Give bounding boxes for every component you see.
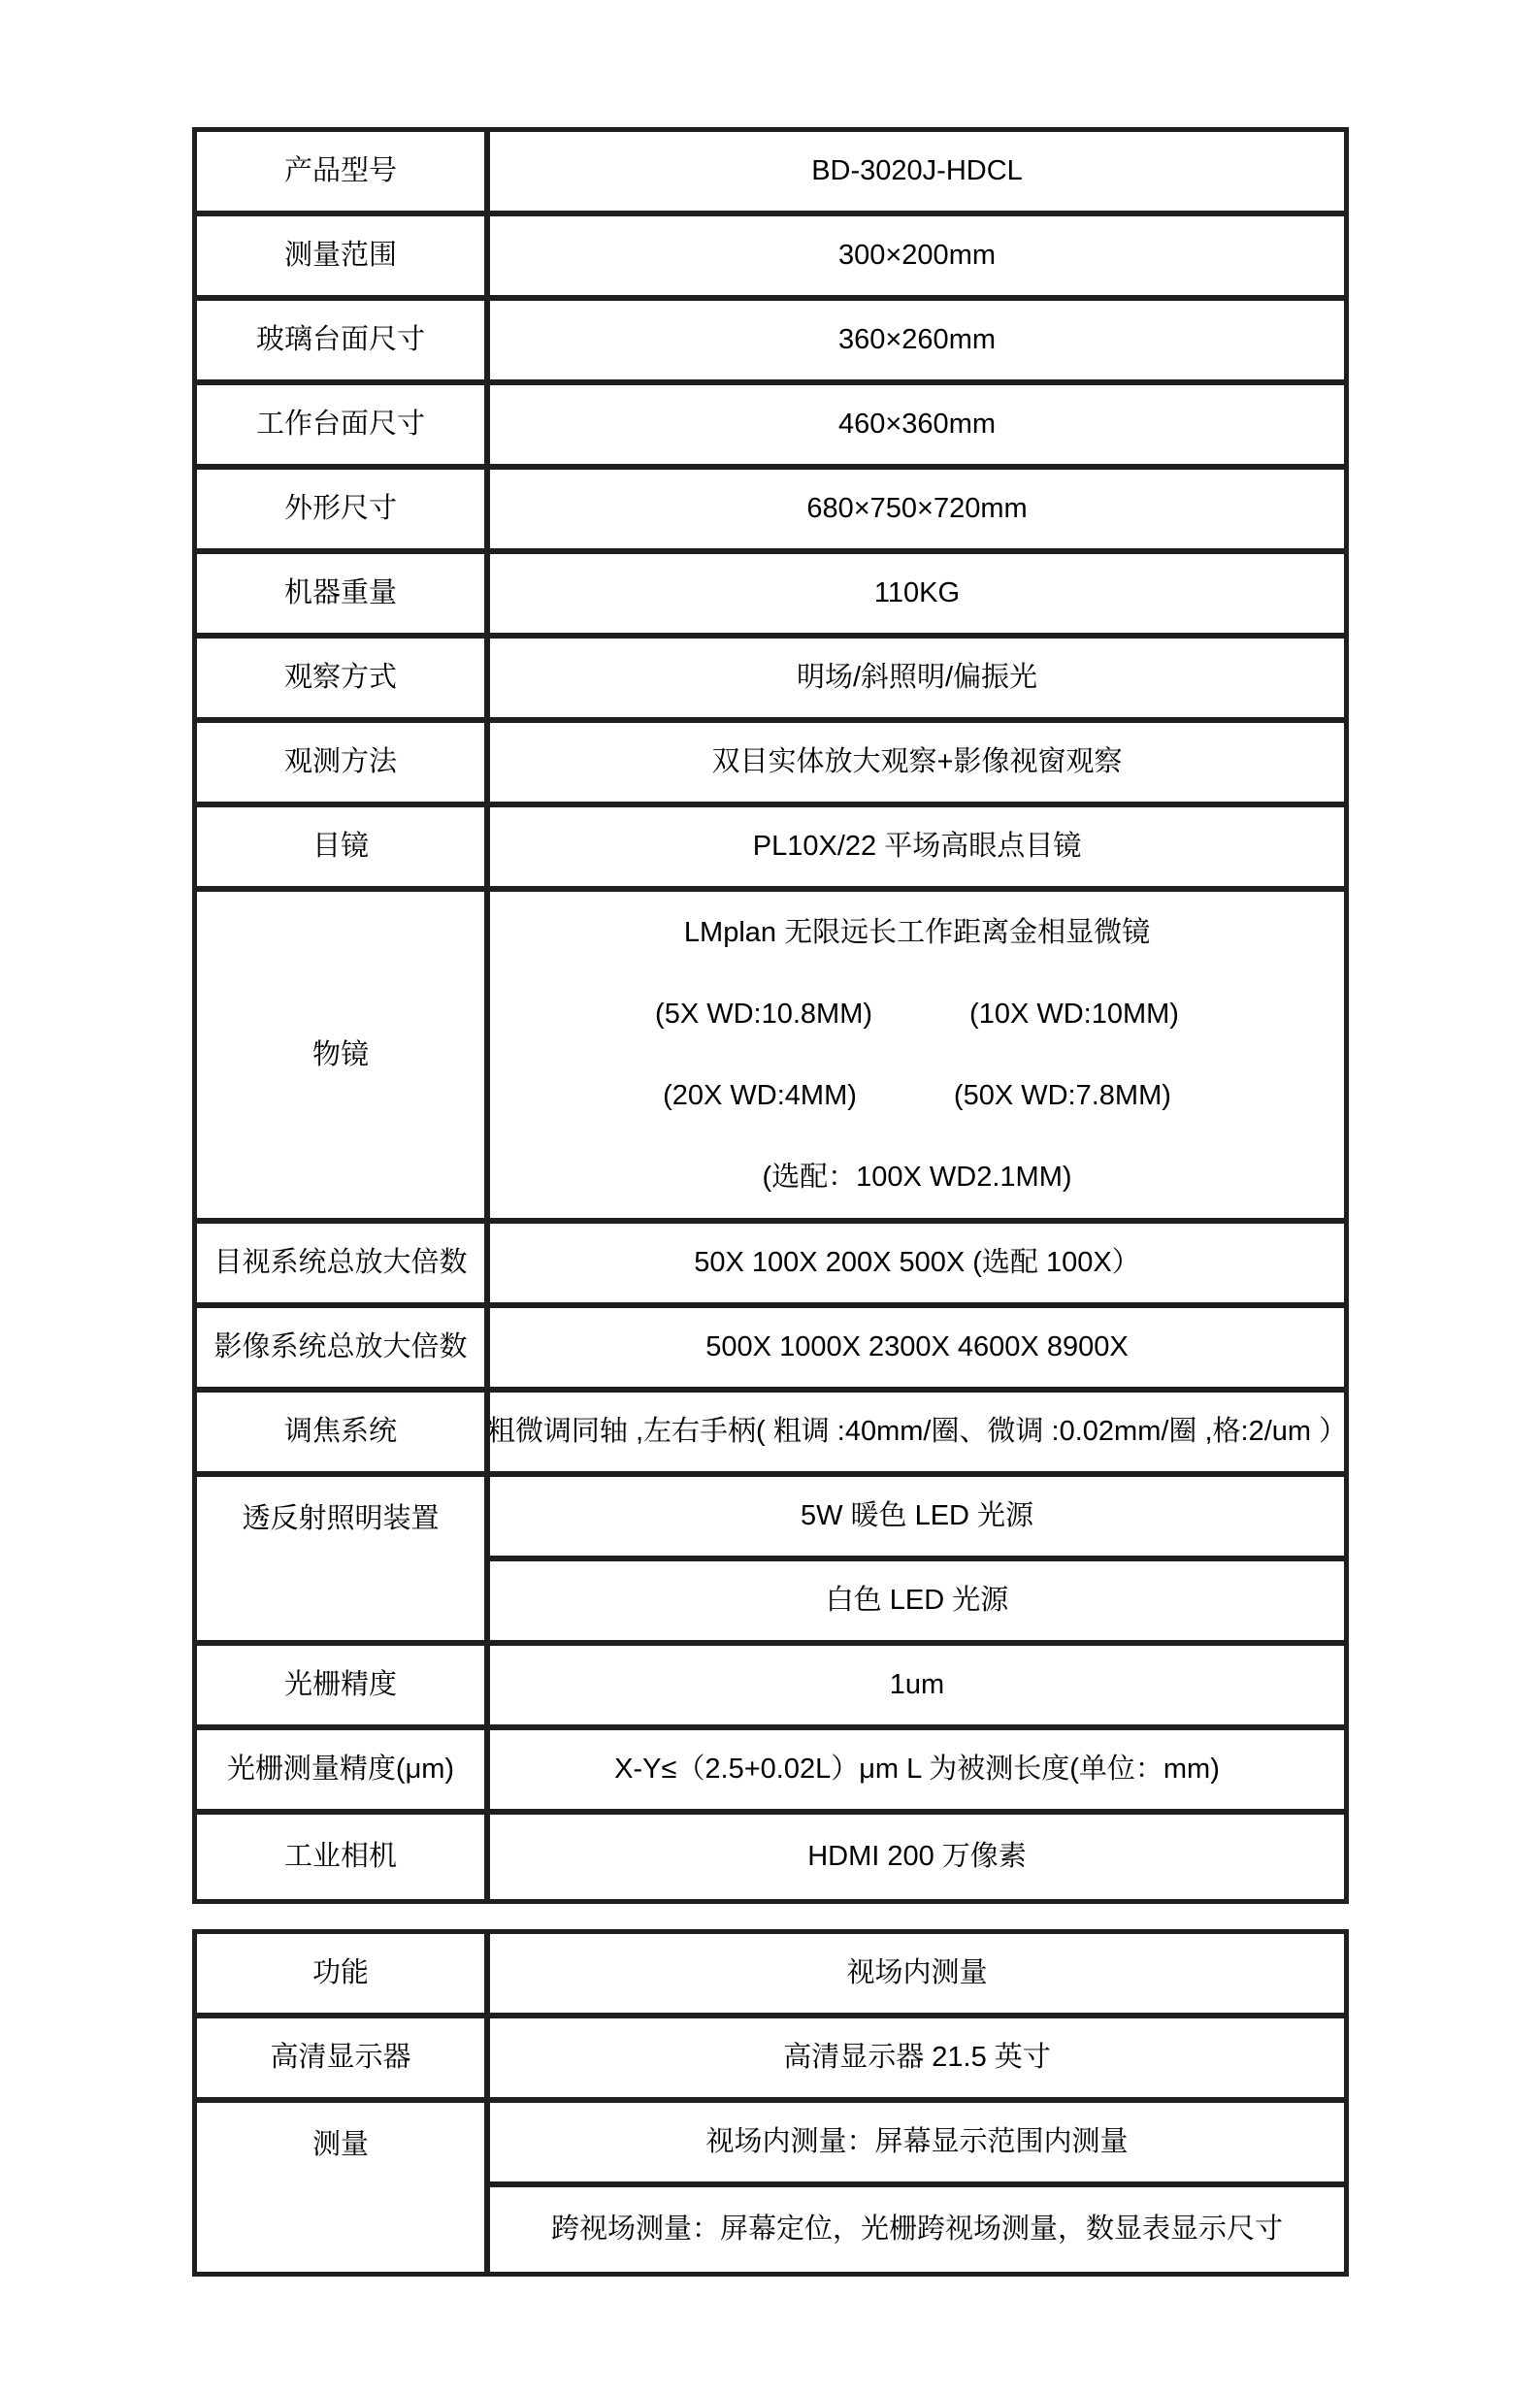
row-value: 白色 LED 光源 — [490, 1561, 1344, 1646]
table-row: 目镜PL10X/22 平场高眼点目镜 — [197, 807, 1344, 892]
table-row: 观测方法双目实体放大观察+影像视窗观察 — [197, 723, 1344, 807]
row-label-text: 透反射照明装置 — [242, 1477, 439, 1561]
row-value: 500X 1000X 2300X 4600X 8900X — [490, 1308, 1344, 1393]
row-value: 双目实体放大观察+影像视窗观察 — [490, 723, 1344, 807]
document-page: 产品型号BD-3020J-HDCL测量范围300×200mm玻璃台面尺寸360×… — [0, 0, 1540, 2394]
row-label: 工作台面尺寸 — [197, 385, 490, 470]
row-value: 1um — [490, 1646, 1344, 1730]
table-row: 工作台面尺寸460×360mm — [197, 385, 1344, 470]
row-label: 光栅精度 — [197, 1646, 490, 1730]
row-label: 功能 — [197, 1934, 490, 2018]
table-row: 光栅测量精度(μm)X-Y≤（2.5+0.02L）μm L 为被测长度(单位：m… — [197, 1730, 1344, 1815]
row-label: 机器重量 — [197, 554, 490, 639]
row-value: 680×750×720mm — [490, 470, 1344, 554]
row-value: 460×360mm — [490, 385, 1344, 470]
value-text-left: (5X WD:10.8MM) — [655, 998, 872, 1032]
row-value: HDMI 200 万像素 — [490, 1815, 1344, 1899]
row-label: 玻璃台面尺寸 — [197, 301, 490, 385]
value-line: (20X WD:4MM)(50X WD:7.8MM) — [490, 1055, 1344, 1136]
value-text-left: (20X WD:4MM) — [663, 1079, 857, 1113]
function-spec-table: 功能视场内测量高清显示器高清显示器 21.5 英寸测量视场内测量：屏幕显示范围内… — [192, 1929, 1349, 2277]
row-label: 调焦系统 — [197, 1393, 490, 1477]
table-row: 机器重量110KG — [197, 554, 1344, 639]
row-label: 观察方式 — [197, 639, 490, 723]
table-row: 光栅精度1um — [197, 1646, 1344, 1730]
table-row: 目视系统总放大倍数50X 100X 200X 500X (选配 100X） — [197, 1224, 1344, 1308]
table-row: 功能视场内测量 — [197, 1934, 1344, 2018]
row-label: 透反射照明装置 — [197, 1477, 490, 1646]
row-label: 测量范围 — [197, 216, 490, 301]
row-value: PL10X/22 平场高眼点目镜 — [490, 807, 1344, 892]
row-label: 产品型号 — [197, 132, 490, 216]
value-line: (选配：100X WD2.1MM) — [490, 1136, 1344, 1218]
product-spec-table: 产品型号BD-3020J-HDCL测量范围300×200mm玻璃台面尺寸360×… — [192, 127, 1349, 1904]
value-line: LMplan 无限远长工作距离金相显微镜 — [490, 892, 1344, 973]
row-value: 360×260mm — [490, 301, 1344, 385]
table-row: 产品型号BD-3020J-HDCL — [197, 132, 1344, 216]
row-label: 高清显示器 — [197, 2018, 490, 2103]
table-row: 测量视场内测量：屏幕显示范围内测量跨视场测量：屏幕定位，光栅跨视场测量，数显表显… — [197, 2103, 1344, 2272]
row-value: X-Y≤（2.5+0.02L）μm L 为被测长度(单位：mm) — [490, 1730, 1344, 1815]
table-row: 测量范围300×200mm — [197, 216, 1344, 301]
table-row: 外形尺寸680×750×720mm — [197, 470, 1344, 554]
row-value: 明场/斜照明/偏振光 — [490, 639, 1344, 723]
row-label: 影像系统总放大倍数 — [197, 1308, 490, 1393]
table-row: 工业相机HDMI 200 万像素 — [197, 1815, 1344, 1899]
table-row: 物镜LMplan 无限远长工作距离金相显微镜(5X WD:10.8MM)(10X… — [197, 892, 1344, 1224]
row-label: 工业相机 — [197, 1815, 490, 1899]
value-text: LMplan 无限远长工作距离金相显微镜 — [684, 916, 1150, 950]
row-value-group: 视场内测量：屏幕显示范围内测量跨视场测量：屏幕定位，光栅跨视场测量，数显表显示尺… — [490, 2103, 1344, 2272]
row-label: 光栅测量精度(μm) — [197, 1730, 490, 1815]
value-text-right: (10X WD:10MM) — [969, 998, 1179, 1032]
table-row: 透反射照明装置5W 暖色 LED 光源白色 LED 光源 — [197, 1477, 1344, 1646]
value-line: (5X WD:10.8MM)(10X WD:10MM) — [490, 973, 1344, 1055]
table-row: 高清显示器高清显示器 21.5 英寸 — [197, 2018, 1344, 2103]
table-row: 调焦系统粗微调同轴 ,左右手柄( 粗调 :40mm/圈、微调 :0.02mm/圈… — [197, 1393, 1344, 1477]
row-value: BD-3020J-HDCL — [490, 132, 1344, 216]
row-value: 粗微调同轴 ,左右手柄( 粗调 :40mm/圈、微调 :0.02mm/圈 ,格:… — [490, 1393, 1344, 1477]
row-value: 高清显示器 21.5 英寸 — [490, 2018, 1344, 2103]
row-label: 目镜 — [197, 807, 490, 892]
row-value: 跨视场测量：屏幕定位，光栅跨视场测量，数显表显示尺寸 — [490, 2187, 1344, 2272]
row-label: 物镜 — [197, 892, 490, 1224]
row-label-text: 测量 — [312, 2103, 369, 2187]
table-row: 影像系统总放大倍数500X 1000X 2300X 4600X 8900X — [197, 1308, 1344, 1393]
row-label: 测量 — [197, 2103, 490, 2272]
value-text-right: (50X WD:7.8MM) — [954, 1079, 1171, 1113]
value-text: (选配：100X WD2.1MM) — [762, 1161, 1071, 1195]
table-row: 玻璃台面尺寸360×260mm — [197, 301, 1344, 385]
row-label: 观测方法 — [197, 723, 490, 807]
row-value: 50X 100X 200X 500X (选配 100X） — [490, 1224, 1344, 1308]
row-value: 5W 暖色 LED 光源 — [490, 1477, 1344, 1561]
row-value: 视场内测量：屏幕显示范围内测量 — [490, 2103, 1344, 2187]
row-value: LMplan 无限远长工作距离金相显微镜(5X WD:10.8MM)(10X W… — [490, 892, 1344, 1224]
table-row: 观察方式明场/斜照明/偏振光 — [197, 639, 1344, 723]
row-label: 目视系统总放大倍数 — [197, 1224, 490, 1308]
row-value-group: 5W 暖色 LED 光源白色 LED 光源 — [490, 1477, 1344, 1646]
row-value: 110KG — [490, 554, 1344, 639]
row-label: 外形尺寸 — [197, 470, 490, 554]
row-value: 视场内测量 — [490, 1934, 1344, 2018]
row-value: 300×200mm — [490, 216, 1344, 301]
